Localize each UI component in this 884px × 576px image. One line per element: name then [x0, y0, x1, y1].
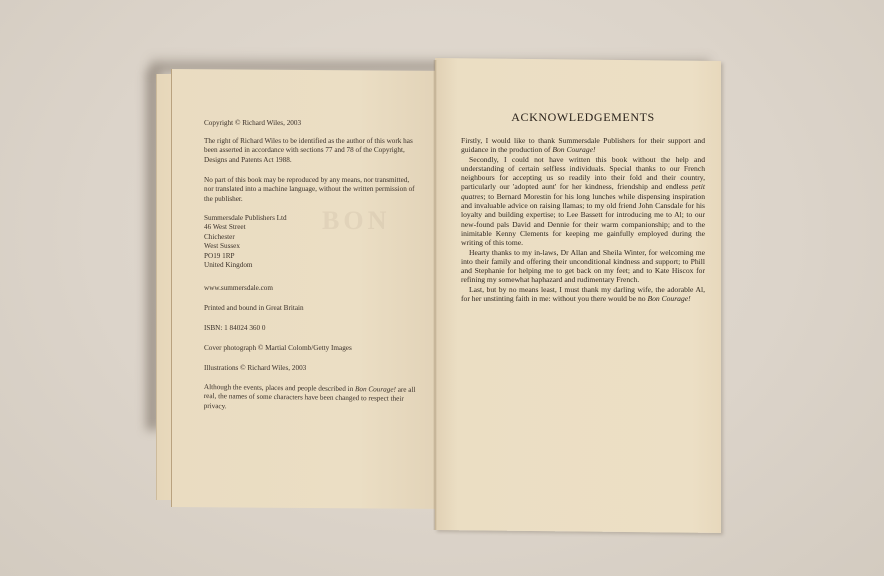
rights-text: The right of Richard Wiles to be identif…	[204, 137, 416, 165]
website-text: www.summersdale.com	[204, 284, 416, 293]
acknowledgements-body: Firstly, I would like to thank Summersda…	[461, 136, 705, 303]
address-line: Summersdale Publishers Ltd	[204, 214, 416, 223]
cover-credit-text: Cover photograph © Martial Colomb/Getty …	[204, 344, 416, 353]
paragraph-3: Hearty thanks to my in-laws, Dr Allan an…	[461, 248, 705, 285]
address-line: West Sussex	[204, 242, 416, 251]
acknowledgements-heading: ACKNOWLEDGEMENTS	[461, 110, 705, 125]
publisher-address: Summersdale Publishers Ltd 46 West Stree…	[204, 214, 416, 270]
copyright-text: Copyright © Richard Wiles, 2003	[204, 119, 416, 128]
address-line: Chichester	[204, 233, 416, 242]
disclaimer: Although the events, places and people d…	[204, 383, 416, 414]
paragraph-2: Secondly, I could not have written this …	[461, 155, 705, 248]
disclaimer-pre: Although the events, places and people d…	[204, 383, 355, 393]
book-title: Bon Courage!	[552, 145, 595, 154]
copyright-line: Copyright © Richard Wiles, 2003	[204, 119, 416, 128]
isbn: ISBN: 1 84024 360 0	[204, 324, 416, 333]
book-gutter	[433, 60, 437, 530]
rights-statement: The right of Richard Wiles to be identif…	[204, 137, 416, 165]
printed-note: Printed and bound in Great Britain	[204, 304, 416, 313]
book-title: Bon Courage!	[647, 294, 690, 303]
reproduction-text: No part of this book may be reproduced b…	[204, 176, 416, 204]
p2-text-cont: ; to Bernard Morestin for his long lunch…	[461, 192, 705, 247]
disclaimer-text: Although the events, places and people d…	[204, 383, 416, 414]
cover-credit: Cover photograph © Martial Colomb/Getty …	[204, 344, 416, 353]
address-line: 46 West Street	[204, 223, 416, 232]
website: www.summersdale.com	[204, 284, 416, 293]
printed-text: Printed and bound in Great Britain	[204, 304, 416, 313]
illustrations-credit: Illustrations © Richard Wiles, 2003	[204, 364, 416, 373]
book-title: Bon Courage!	[355, 385, 396, 394]
reproduction-notice: No part of this book may be reproduced b…	[204, 176, 416, 204]
p2-text: Secondly, I could not have written this …	[461, 155, 705, 192]
paragraph-4: Last, but by no means least, I must than…	[461, 285, 705, 304]
address-line: PO19 1RP	[204, 252, 416, 261]
isbn-text: ISBN: 1 84024 360 0	[204, 324, 416, 333]
address-line: United Kingdom	[204, 261, 416, 270]
paragraph-1: Firstly, I would like to thank Summersda…	[461, 136, 705, 155]
illustrations-text: Illustrations © Richard Wiles, 2003	[204, 364, 416, 373]
